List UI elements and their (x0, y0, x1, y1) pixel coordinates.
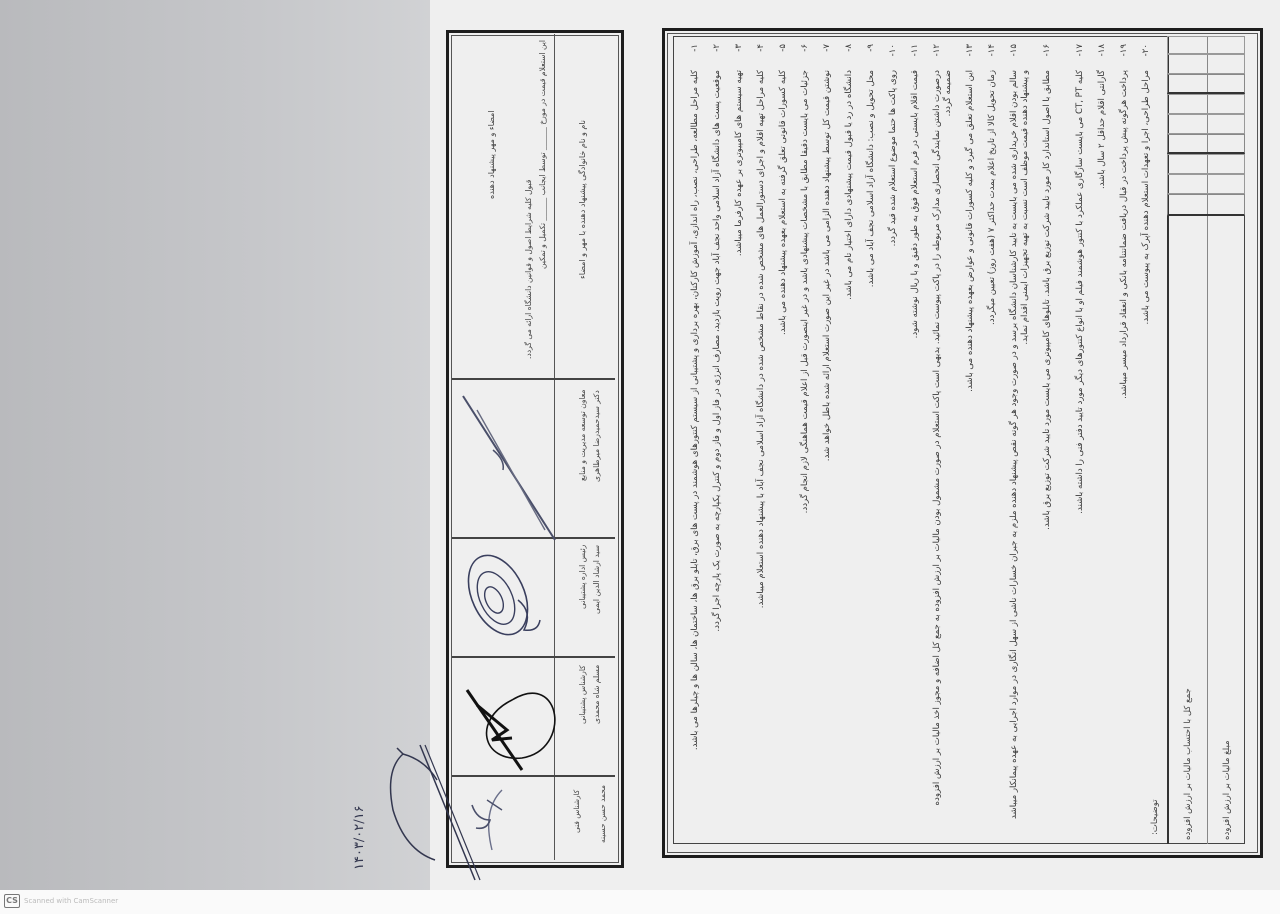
note-number: ۱۶- (1042, 44, 1053, 70)
note-item: ۱-کلیه مراحل مطالعه، طراحی، نصب، راه اند… (690, 44, 701, 824)
note-text: روی پاکت ها حتما موضوع استعلام شده قید گ… (888, 70, 899, 824)
vat-amount-label: مبلغ مالیات بر ارزش افزوده (1222, 600, 1232, 840)
note-number: ۷- (822, 44, 833, 70)
note-number: ۱۰- (888, 44, 899, 70)
note-number: ۲۰- (1141, 44, 1152, 70)
note-text: مطابق با اصول استاندارد کار مورد تایید ش… (1042, 70, 1053, 824)
note-item: ۱۴-زمان تحویل کالا از تاریخ اعلام بمدت ح… (987, 44, 998, 824)
note-text: محل تحویل و نصب: دانشگاه آزاد اسلامی نجف… (866, 70, 877, 824)
signatory-2-name: سید ارشاد الدین ایمی (592, 545, 601, 650)
note-number: ۱۲- (932, 44, 943, 70)
handwritten-date: ۱۴۰۳/۰۲/۱۶ (352, 800, 367, 870)
note-text: دانشگاه در رد یا قبول قیمت پیشنهادی دارا… (844, 70, 855, 824)
note-item: ۱۰-روی پاکت ها حتما موضوع استعلام شده قی… (888, 44, 899, 824)
scanner-footer (0, 890, 1280, 914)
note-item: ۹-محل تحویل و نصب: دانشگاه آزاد اسلامی ن… (866, 44, 877, 824)
note-number: ۱- (690, 44, 701, 70)
note-item: ۱۵-سالم بودن اقلام خریداری شده می بایست … (1009, 44, 1031, 824)
note-item: ۱۱-قیمت اقلام بایستی در فرم استعلام فوق … (910, 44, 921, 824)
note-item: ۱۶-مطابق با اصول استاندارد کار مورد تایی… (1042, 44, 1053, 824)
note-text: گارانتی اقلام حداقل ۲ سال باشد. (1097, 70, 1108, 824)
note-number: ۳- (734, 44, 745, 70)
signatory-4-title: کارشناس فنی (572, 790, 581, 855)
note-text: قیمت اقلام بایستی در فرم استعلام فوق به … (910, 70, 921, 824)
bidder-signature-label: امضاء و مهر پیشنهاد دهنده (487, 110, 496, 260)
note-item: ۵-کلیه کسورات قانونی تعلق گرفته به استعل… (778, 44, 789, 824)
note-text: جزئیات می بایست دقیقا مطابق با مشخصات پی… (800, 70, 811, 824)
note-number: ۱۳- (965, 44, 976, 70)
note-item: ۲-موقعیت پست های دانشگاه آزاد اسلامی واح… (712, 44, 723, 824)
amount-grid (1167, 36, 1245, 216)
note-number: ۱۴- (987, 44, 998, 70)
signatory-1-name: دکتر سیدحمیدرضا میرطاهری (592, 390, 601, 530)
note-number: ۱۹- (1119, 44, 1130, 70)
note-text: درصورت داشتن نمایندگی انحصاری مدارک مربو… (932, 70, 954, 824)
note-text: این استعلام تعلق می گیرد و کلیه کسورات ق… (965, 70, 976, 824)
signatory-2-title: رئیس اداره پشتیبانی (578, 545, 587, 650)
signatory-4-name: محمد حسن حسینه (598, 785, 607, 855)
note-number: ۸- (844, 44, 855, 70)
signatory-3-name: مسلم شاه محمدی (592, 665, 601, 770)
note-text: نوشتن قیمت کل توسط پیشنهاد دهنده الزامی … (822, 70, 833, 824)
statement-line-2: قبول کلیه شرایط اصول و قوانین دانشگاه ار… (524, 180, 533, 370)
note-item: ۱۸-گارانتی اقلام حداقل ۲ سال باشد. (1097, 44, 1108, 824)
signatory-3-title: کارشناس پشتیبانی (578, 665, 587, 770)
note-number: ۱۱- (910, 44, 921, 70)
camscanner-watermark-text: Scanned with CamScanner (24, 897, 118, 905)
signature-2-icon (458, 540, 558, 660)
note-item: ۸-دانشگاه در رد یا قبول قیمت پیشنهادی دا… (844, 44, 855, 824)
note-text: مراحل طراحی، اجرا و تعهدات استعلام دهنده… (1141, 70, 1152, 824)
note-number: ۴- (756, 44, 767, 70)
note-item: ۶-جزئیات می بایست دقیقا مطابق با مشخصات … (800, 44, 811, 824)
note-item: ۴-کلیه مراحل تهیه اقلام و اجرای دستورالع… (756, 44, 767, 824)
note-item: ۲۰-مراحل طراحی، اجرا و تعهدات استعلام ده… (1141, 44, 1152, 824)
signature-1-icon (455, 390, 565, 540)
grand-total-label: جمع کل با احتساب مالیات بر ارزش افزوده (1183, 560, 1193, 840)
note-number: ۹- (866, 44, 877, 70)
camscanner-logo-icon: CS (4, 894, 20, 908)
note-text: کلیه کسورات قانونی تعلق گرفته به استعلام… (778, 70, 789, 824)
note-item: ۱۷-کلیه CT, PT می بایست سازگاری عملکرد ب… (1075, 44, 1086, 824)
note-text: کلیه مراحل مطالعه، طراحی، نصب، راه انداز… (690, 70, 701, 824)
note-text: زمان تحویل کالا از تاریخ اعلام بمدت حداک… (987, 70, 998, 824)
note-text: کلیه مراحل تهیه اقلام و اجرای دستورالعمل… (756, 70, 767, 824)
note-number: ۱۵- (1009, 44, 1020, 70)
note-item: ۳-تهیه سیستم های کامپیوتری بر عهده کارفر… (734, 44, 745, 824)
note-item: ۱۳-این استعلام تعلق می گیرد و کلیه کسورا… (965, 44, 976, 824)
statement-line-1: این استعلام قیمت در مورخ ______ توسط ایج… (538, 40, 547, 370)
bidder-name-label: نام و نام خانوادگی پیشنهاد دهنده با مهر … (578, 120, 587, 370)
note-item: ۷-نوشتن قیمت کل توسط پیشنهاد دهنده الزام… (822, 44, 833, 824)
signature-divider-0 (452, 378, 615, 380)
note-text: سالم بودن اقلام خریداری شده می بایست به … (1009, 70, 1031, 824)
note-text: تهیه سیستم های کامپیوتری بر عهده کارفرما… (734, 70, 745, 824)
note-text: موقعیت پست های دانشگاه آزاد اسلامی واحد … (712, 70, 723, 824)
signature-divider-3 (452, 775, 615, 777)
note-number: ۵- (778, 44, 789, 70)
note-item: ۱۹-پرداخت هرگونه پیش پرداخت در قبال دریا… (1119, 44, 1130, 824)
note-text: کلیه CT, PT می بایست سازگاری عملکرد با ک… (1075, 70, 1086, 824)
note-number: ۱۷- (1075, 44, 1086, 70)
handwritten-signature-icon (375, 740, 475, 880)
notes-list: ۱-کلیه مراحل مطالعه، طراحی، نصب، راه اند… (680, 38, 1160, 838)
signature-3-icon (462, 660, 562, 775)
note-number: ۶- (800, 44, 811, 70)
note-number: ۲- (712, 44, 723, 70)
note-item: ۱۲-درصورت داشتن نمایندگی انحصاری مدارک م… (932, 44, 954, 824)
note-number: ۱۸- (1097, 44, 1108, 70)
note-text: پرداخت هرگونه پیش پرداخت در قبال دریافت … (1119, 70, 1130, 824)
signatory-1-title: معاون توسعه مدیریت و منابع (578, 390, 587, 530)
